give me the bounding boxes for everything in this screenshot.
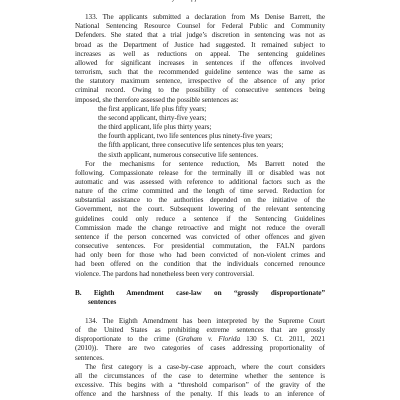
text-line: the fifth applicant, three consecutive l… — [75, 141, 325, 150]
text-line: the second applicant, thirty-five years; — [75, 114, 325, 123]
text-line: had only been for those who had been con… — [75, 251, 325, 260]
text-line: of the United States as prohibiting extr… — [75, 326, 325, 335]
text-line: automatic and was assessed with referenc… — [75, 178, 325, 187]
text-line: Government, not the court. Subsequent lo… — [75, 205, 325, 214]
paragraph-133: 133. The applicants submitted a declarat… — [75, 13, 325, 105]
text-line: had been offered on the condition that t… — [75, 260, 325, 269]
text-line: sentences. — [75, 354, 325, 363]
sentence-list: the first applicant, life plus fifty yea… — [75, 105, 325, 160]
text-line: disproportionate to the crime (Graham v.… — [75, 335, 325, 344]
text-line: (2010)). There are two categories of cas… — [75, 344, 325, 353]
text-line: nature of the crime committed and the le… — [75, 187, 325, 196]
text-line: excessive. This begins with a “threshold… — [75, 381, 325, 390]
text-line: imposed, she therefore assessed the poss… — [75, 96, 325, 105]
text-line: violence. The pardons had nonetheless be… — [75, 270, 325, 279]
clipped-heading-text: 2. Evidence submitted by the applicants — [105, 0, 217, 2]
paragraph-mechanisms: For the mechanisms for sentence reductio… — [75, 160, 325, 279]
document-page: 2. Evidence submitted by the applicants … — [0, 0, 400, 400]
heading-line: sentences — [75, 298, 325, 307]
text-line: sentence if the person concerned was con… — [75, 233, 325, 242]
text-line: guidelines could only reduce a sentence … — [75, 215, 325, 224]
heading-eighth-amendment: B. Eighth Amendment case-law on “grossly… — [75, 289, 325, 307]
text-column: 2. Evidence submitted by the applicants … — [75, 0, 325, 399]
heading-line: B. Eighth Amendment case-law on “grossly… — [75, 289, 325, 298]
text-line: terrorism, such that the recommended gui… — [75, 68, 325, 77]
paragraph-first-category: The first category is a case-by-case app… — [75, 363, 325, 400]
text-line: consecutive sentences. For presidential … — [75, 242, 325, 251]
text-line: broad as the Department of Justice had s… — [75, 41, 325, 50]
text-line: all the circumstances of the case to det… — [75, 372, 325, 381]
text-line: Commission made the change retroactive a… — [75, 224, 325, 233]
text-line: The first category is a case-by-case app… — [75, 363, 325, 372]
clipped-section-heading: 2. Evidence submitted by the applicants — [75, 0, 325, 3]
text-line: the first applicant, life plus fifty yea… — [75, 105, 325, 114]
paragraph-134: 134. The Eighth Amendment has been inter… — [75, 317, 325, 363]
text-line: allowed for significant increases in sen… — [75, 59, 325, 68]
text-line: following. Compassionate release for the… — [75, 169, 325, 178]
text-line: National Sentencing Resource Counsel for… — [75, 22, 325, 31]
text-line: the statutory maximum sentence, irrespec… — [75, 77, 325, 86]
text-line: the sixth applicant, numerous consecutiv… — [75, 151, 325, 160]
text-line: the third applicant, life plus thirty ye… — [75, 123, 325, 132]
text-line: criminal record. Owing to the possibilit… — [75, 86, 325, 95]
text-line: Defenders. She stated that a trial judge… — [75, 31, 325, 40]
text-line: substantial assistance to the authoritie… — [75, 196, 325, 205]
case-citation: Graham v. Florida — [178, 335, 240, 343]
text-line: offence and the harshness of the penalty… — [75, 390, 325, 399]
text-line: For the mechanisms for sentence reductio… — [75, 160, 325, 169]
text-line: the fourth applicant, two life sentences… — [75, 132, 325, 141]
text-line: increases as well as reductions on appea… — [75, 50, 325, 59]
text-line: 133. The applicants submitted a declarat… — [75, 13, 325, 22]
text-line: 134. The Eighth Amendment has been inter… — [75, 317, 325, 326]
